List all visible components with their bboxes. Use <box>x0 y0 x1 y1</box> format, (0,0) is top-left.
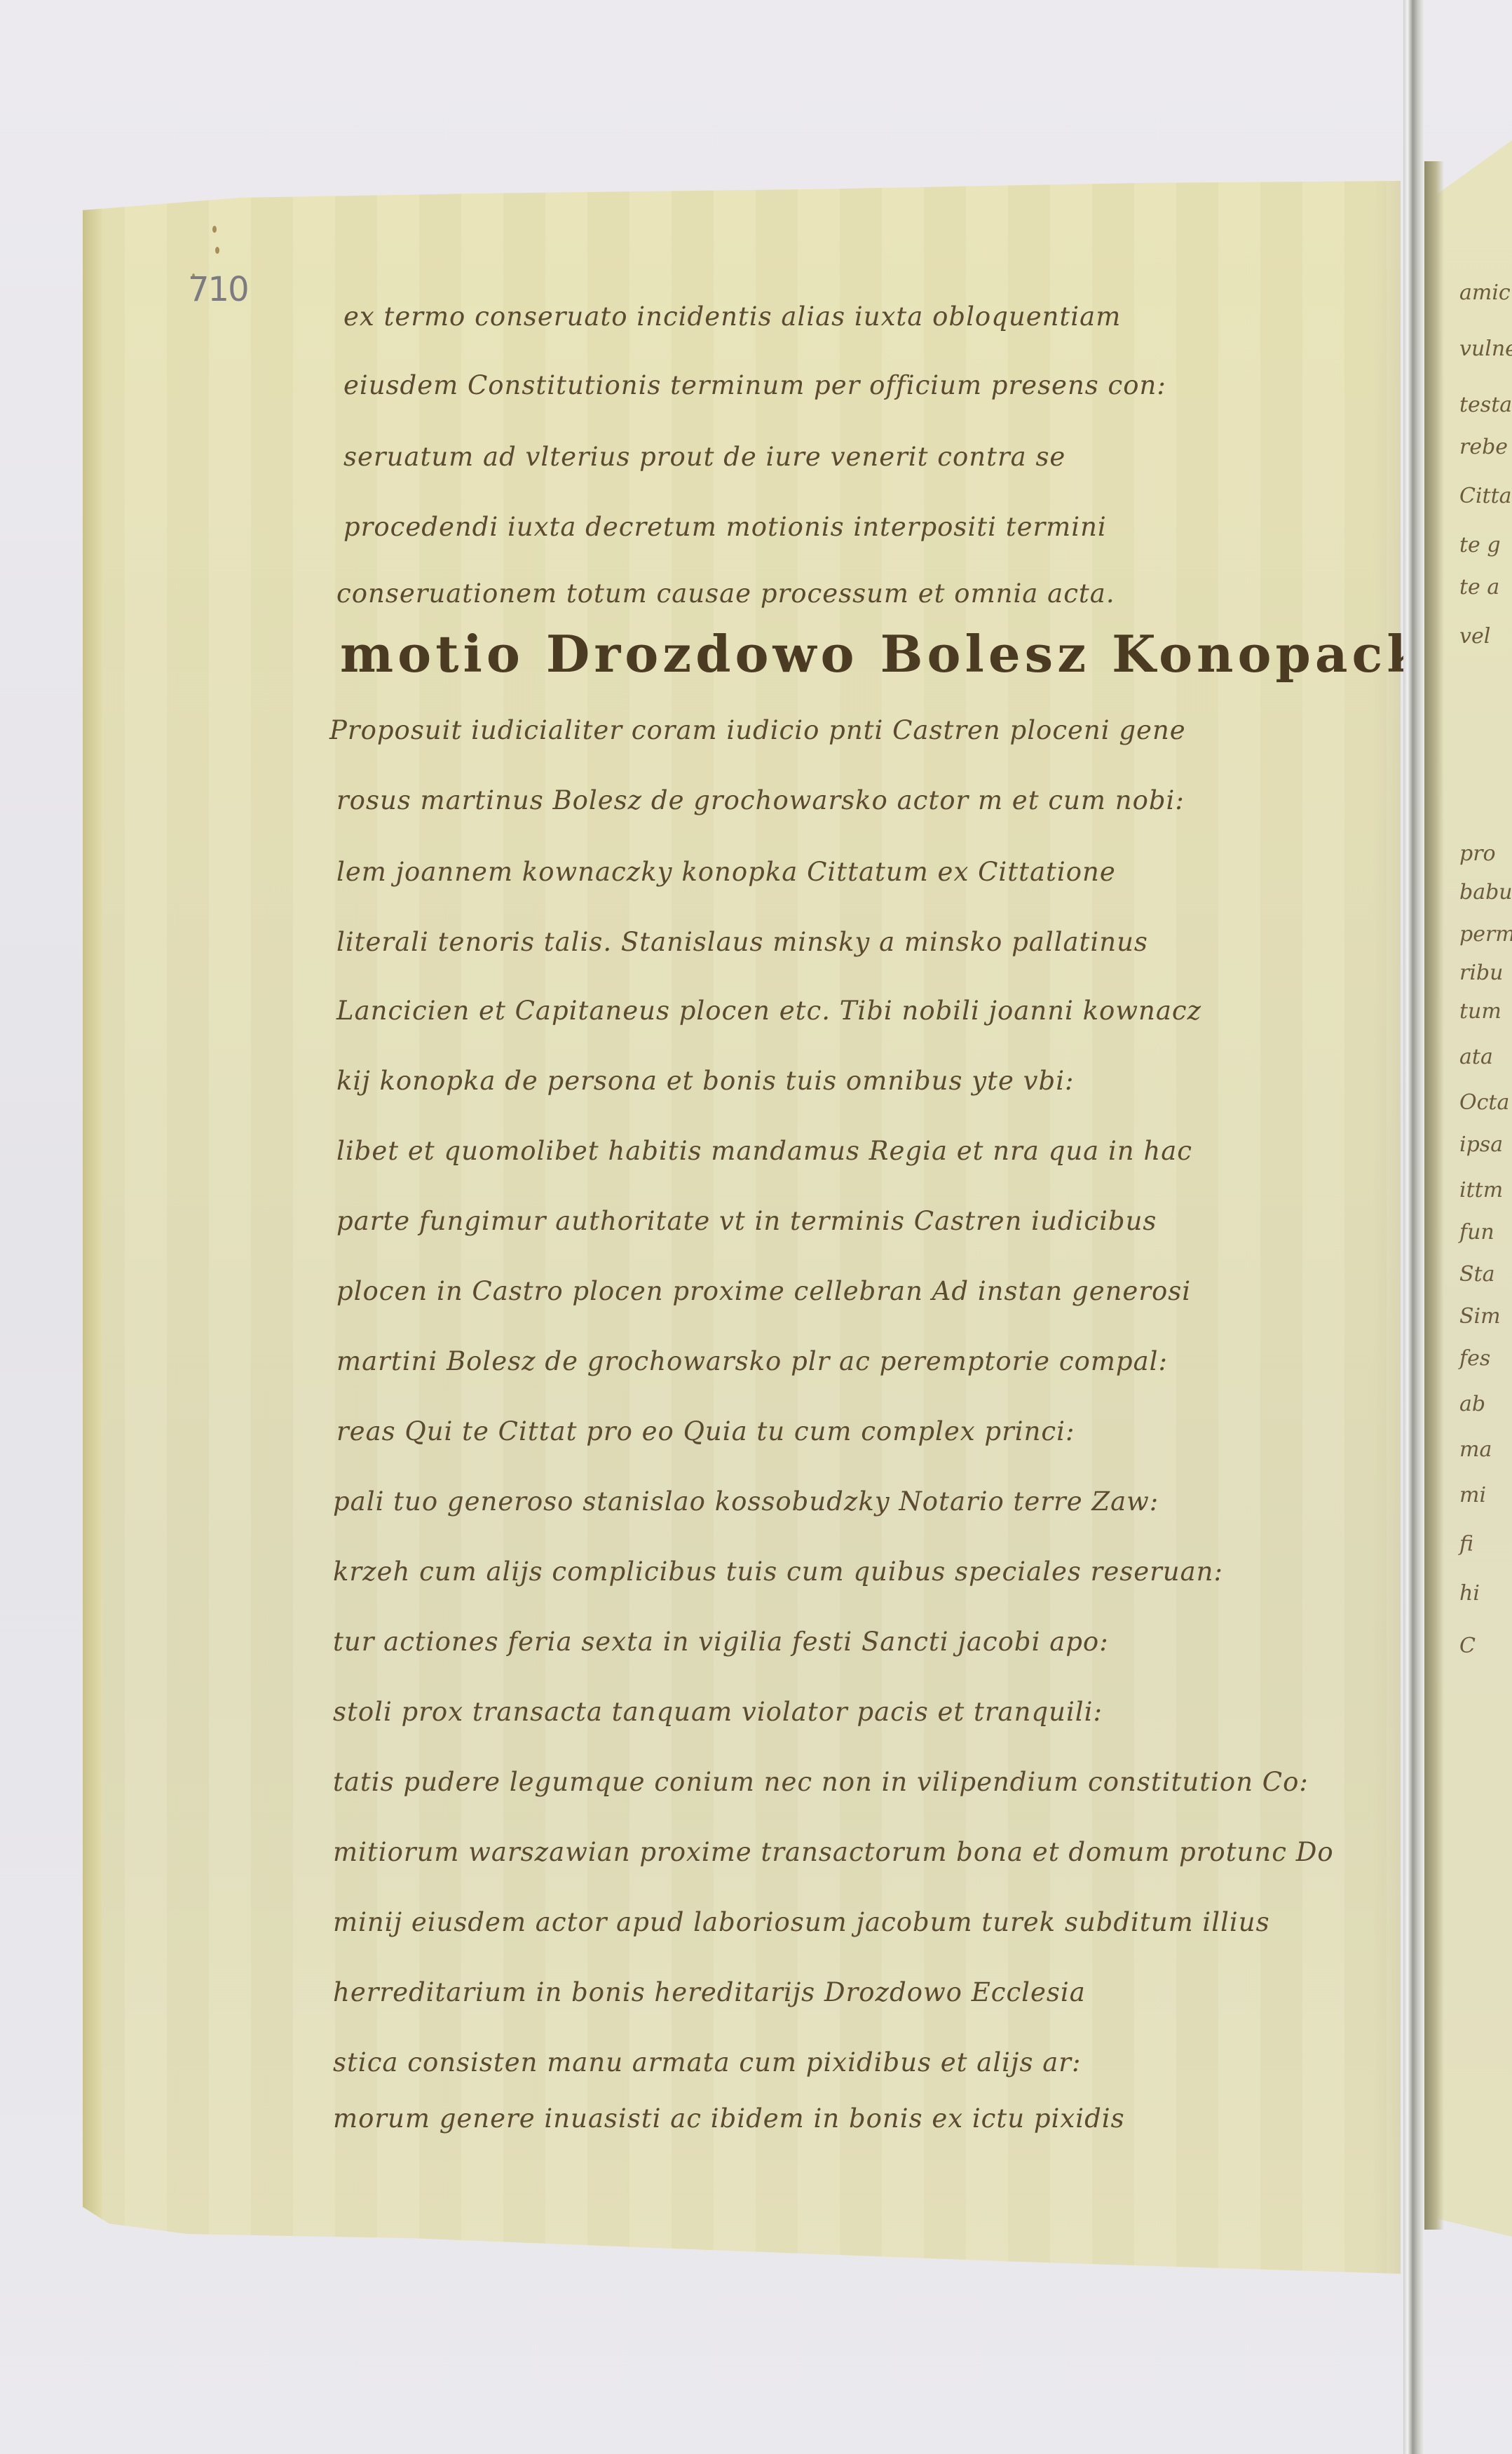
entry-heading: motio Drozdowo Bolesz Konopacki <box>340 624 1450 684</box>
fragment: ma <box>1459 1437 1492 1462</box>
text-line: reas Qui te Cittat pro eo Quia tu cum co… <box>336 1416 1075 1446</box>
fragment: tum <box>1459 999 1501 1024</box>
fragment: Sim <box>1459 1304 1501 1329</box>
text-line: parte fungimur authoritate vt in termini… <box>336 1206 1157 1236</box>
text-line: pali tuo generoso stanislao kossobudzky … <box>333 1486 1159 1517</box>
fragment: Octa <box>1459 1090 1509 1115</box>
text-line: eiusdem Constitutionis terminum per offi… <box>343 370 1166 400</box>
ink-speck <box>212 226 217 233</box>
text-line: Lancicien et Capitaneus plocen etc. Tibi… <box>336 996 1201 1026</box>
fragment: te g <box>1459 533 1501 557</box>
fragment: fun <box>1459 1220 1494 1245</box>
text-line: minij eiusdem actor apud laboriosum jaco… <box>333 1907 1270 1937</box>
text-line: herreditarium in bonis hereditarijs Droz… <box>333 1977 1086 2007</box>
fragment: rebe <box>1459 435 1508 459</box>
text-line: literali tenoris talis. Stanislaus minsk… <box>336 927 1148 957</box>
text-line: conseruationem totum causae processum et… <box>336 578 1115 609</box>
fragment: C <box>1459 1634 1476 1658</box>
fragment: amic <box>1459 280 1511 305</box>
binding-gutter <box>1403 0 1424 2454</box>
fragment: ittm <box>1459 1178 1503 1202</box>
text-line: procedendi iuxta decretum motionis inter… <box>343 512 1107 542</box>
text-line: Proposuit iudicialiter coram iudicio pnt… <box>329 715 1186 745</box>
fragment: mi <box>1459 1483 1486 1507</box>
fragment: te a <box>1459 575 1499 599</box>
text-line: tur actiones feria sexta in vigilia fest… <box>333 1627 1109 1657</box>
fragment: fi <box>1459 1532 1473 1557</box>
text-line: plocen in Castro plocen proxime cellebra… <box>336 1276 1191 1306</box>
fragment: ab <box>1459 1392 1485 1416</box>
fragment: pro <box>1459 841 1496 866</box>
text-line: stoli prox transacta tanquam violator pa… <box>333 1697 1103 1727</box>
fragment: Cittat <box>1459 484 1512 508</box>
text-line: lem joannem kownaczky konopka Cittatum e… <box>336 857 1116 887</box>
ink-speck <box>215 247 219 254</box>
text-line: martini Bolesz de grochowarsko plr ac pe… <box>336 1346 1168 1376</box>
fragment: babu <box>1459 880 1512 904</box>
text-line: libet et quomolibet habitis mandamus Reg… <box>336 1136 1192 1166</box>
fragment: testa <box>1459 393 1512 417</box>
fragment: hi <box>1459 1581 1480 1606</box>
fragment: perm <box>1459 922 1512 947</box>
fragment: vulne <box>1459 337 1512 361</box>
text-line: rosus martinus Bolesz de grochowarsko ac… <box>336 785 1185 815</box>
fragment: vel <box>1459 624 1490 649</box>
text-line: ex termo conseruato incidentis alias iux… <box>343 301 1121 332</box>
fragment: fes <box>1459 1346 1490 1371</box>
folio-number: 710 <box>188 270 248 309</box>
facing-page-text: amic vulne testa rebe Cittat te g te a v… <box>1459 0 1512 2454</box>
text-line: mitiorum warszawian proxime transactorum… <box>333 1837 1334 1867</box>
text-line: seruatum ad vlterius prout de iure vener… <box>343 442 1065 472</box>
text-line: stica consisten manu armata cum pixidibu… <box>333 2047 1081 2077</box>
gutter-shadow <box>1424 161 1444 2230</box>
text-line: morum genere inuasisti ac ibidem in boni… <box>333 2103 1125 2134</box>
fragment: ata <box>1459 1045 1493 1069</box>
fragment: ribu <box>1459 961 1503 985</box>
text-line: kij konopka de persona et bonis tuis omn… <box>336 1066 1075 1096</box>
text-line: tatis pudere legumque conium nec non in … <box>333 1767 1309 1797</box>
text-line: krzeh cum alijs complicibus tuis cum qui… <box>333 1557 1223 1587</box>
fragment: Sta <box>1459 1262 1495 1287</box>
fragment: ipsa <box>1459 1132 1503 1157</box>
